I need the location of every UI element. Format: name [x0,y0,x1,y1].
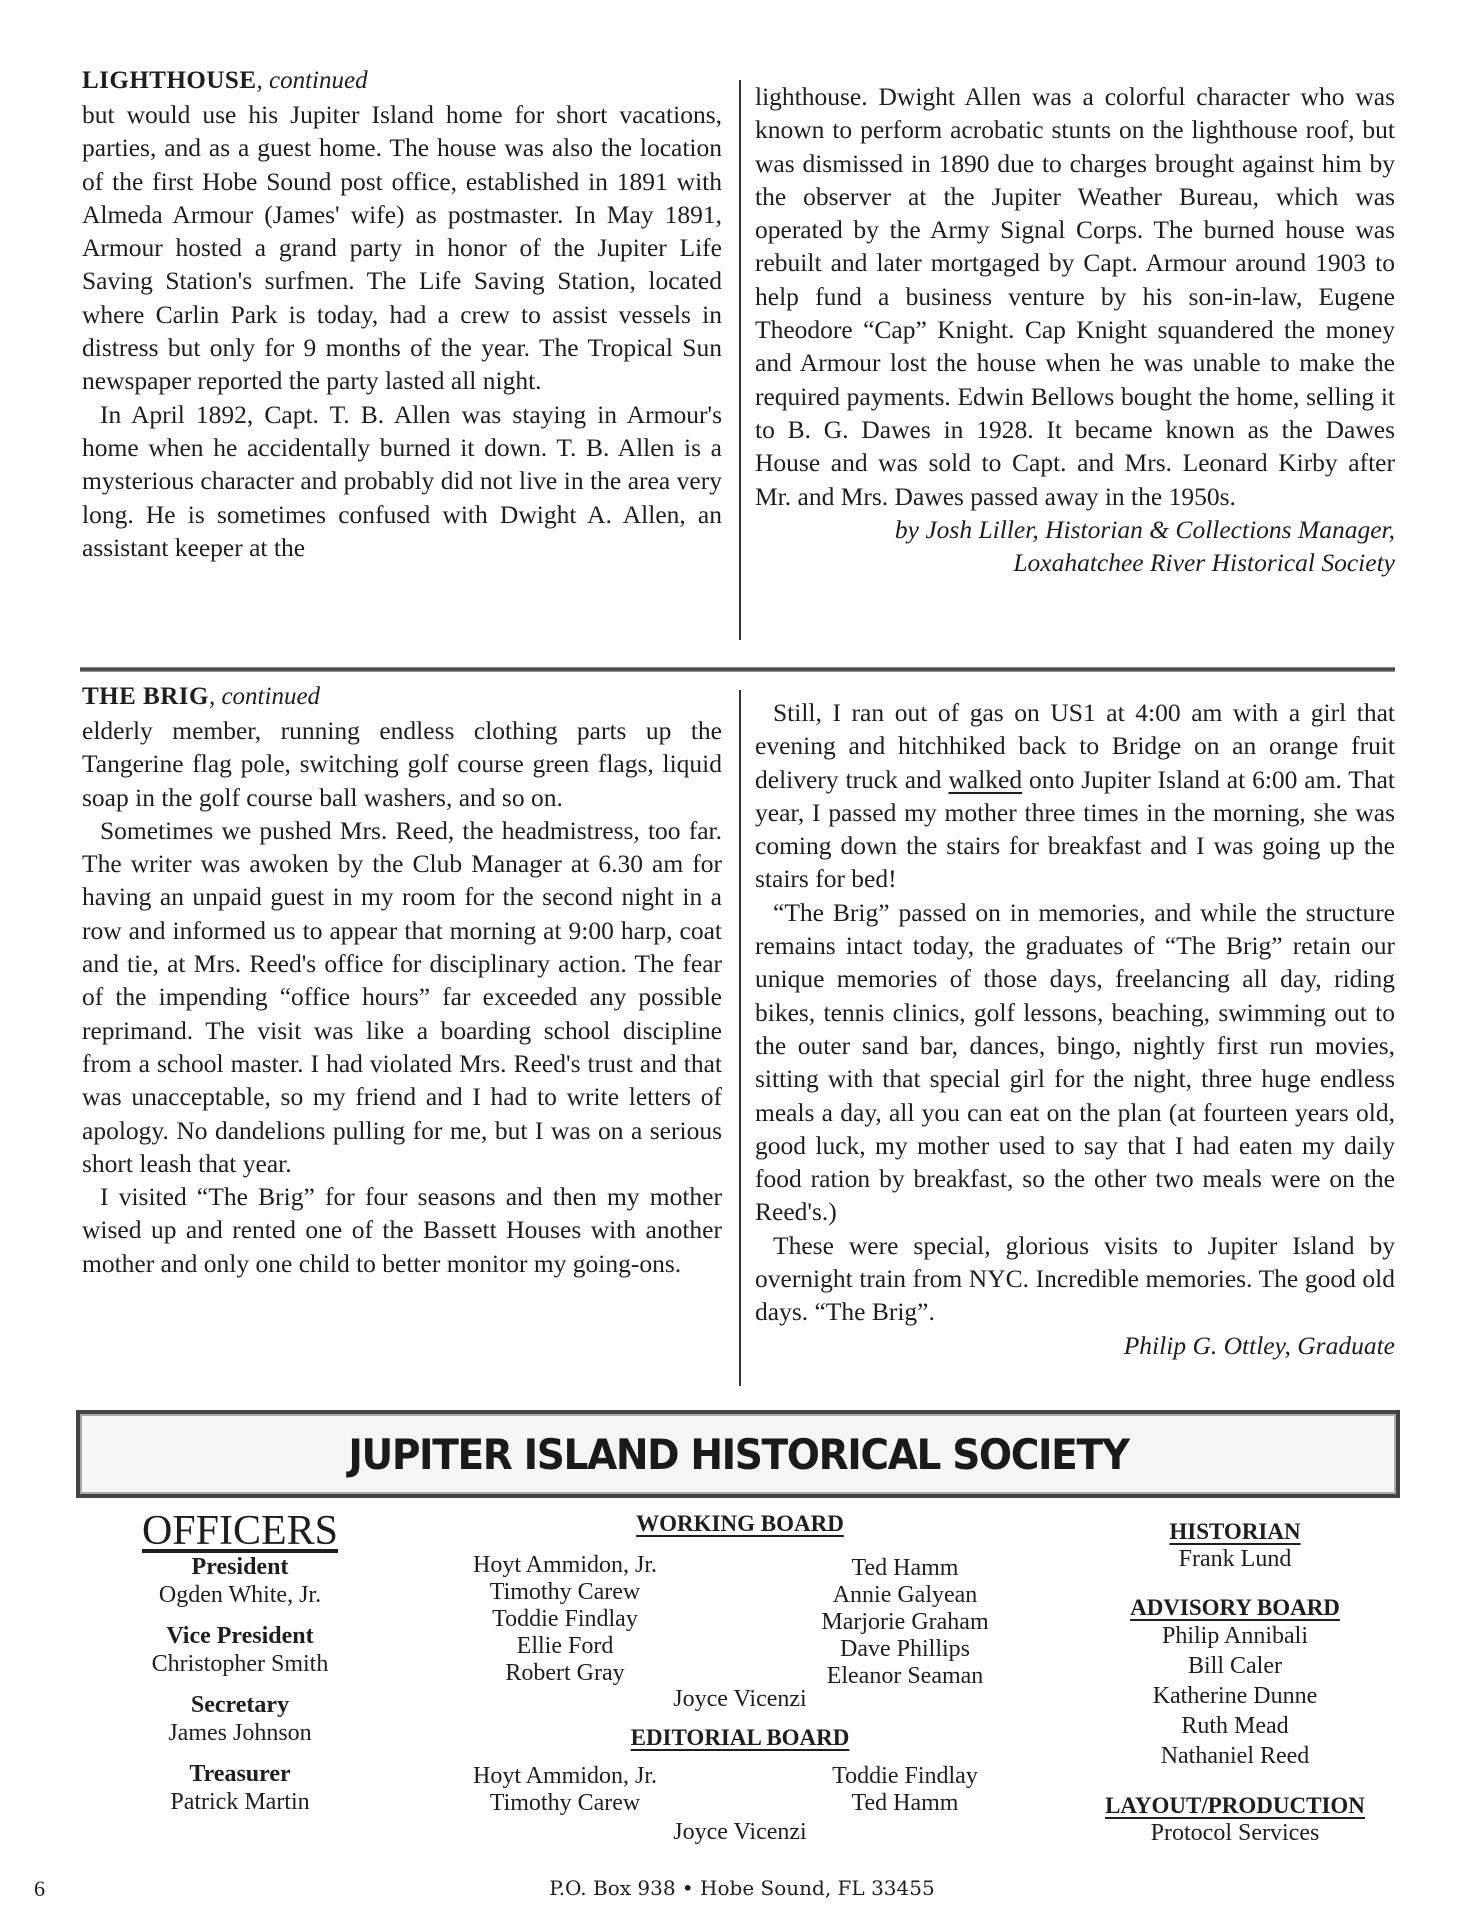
brig-paragraph: Still, I ran out of gas on US1 at 4:00 a… [755,696,1395,896]
working-board-left: Hoyt Ammidon, Jr. Timothy Carew Toddie F… [455,1552,675,1687]
brig-paragraph: These were special, glorious visits to J… [755,1229,1395,1329]
working-board-center: Joyce Vicenzi [640,1686,840,1713]
mailing-address: P.O. Box 938 • Hobe Sound, FL 33455 [0,1876,1484,1900]
brig-paragraph: “The Brig” passed on in memories, and wh… [755,896,1395,1229]
working-board-title: WORKING BOARD [560,1510,920,1538]
column-divider [739,690,741,1386]
brig-paragraph: Sometimes we pushed Mrs. Reed, the headm… [82,814,722,1180]
lighthouse-paragraph: In April 1892, Capt. T. B. Allen was sta… [82,398,722,564]
editorial-board-right: Toddie Findlay Ted Hamm [795,1763,1015,1817]
column-divider [739,80,741,640]
officer-entry: Vice President Christopher Smith [120,1623,360,1678]
editorial-board-center: Joyce Vicenzi [640,1819,840,1846]
brig-heading: THE BRIG, continued [82,682,722,712]
lighthouse-right-column: lighthouse. Dwight Allen was a colorful … [755,80,1395,579]
lighthouse-byline-org: Loxahatchee River Historical Society [755,546,1395,579]
brig-byline: Philip G. Ottley, Graduate [755,1329,1395,1362]
working-board-right: Ted Hamm Annie Galyean Marjorie Graham D… [785,1555,1025,1690]
officers-block: OFFICERS President Ogden White, Jr. Vice… [120,1508,360,1830]
lighthouse-paragraph: lighthouse. Dwight Allen was a colorful … [755,80,1395,513]
brig-paragraph: elderly member, running endless clothing… [82,714,722,814]
editorial-board-left: Hoyt Ammidon, Jr. Timothy Carew [455,1763,675,1817]
section-divider [80,667,1395,672]
brig-paragraph: I visited “The Brig” for four seasons an… [82,1180,722,1280]
society-title: JUPITER ISLAND HISTORICAL SOCIETY [348,1430,1128,1479]
underlined-word: walked [948,765,1022,794]
lighthouse-left-column: LIGHTHOUSE, continued but would use his … [82,66,722,564]
officer-entry: President Ogden White, Jr. [120,1554,360,1609]
officers-title: OFFICERS [120,1508,360,1554]
lighthouse-byline-author: by Josh Liller, Historian & Collections … [755,513,1395,546]
advisory-board-block: ADVISORY BOARD Philip Annibali Bill Cale… [1080,1594,1390,1771]
brig-right-column: Still, I ran out of gas on US1 at 4:00 a… [755,696,1395,1362]
brig-left-column: THE BRIG, continued elderly member, runn… [82,682,722,1280]
editorial-board-title: EDITORIAL BOARD [560,1724,920,1752]
historian-block: HISTORIAN Frank Lund [1100,1518,1370,1573]
officer-entry: Secretary James Johnson [120,1692,360,1747]
officer-entry: Treasurer Patrick Martin [120,1761,360,1816]
society-banner: JUPITER ISLAND HISTORICAL SOCIETY [76,1410,1400,1498]
layout-production-block: LAYOUT/PRODUCTION Protocol Services [1070,1792,1400,1847]
lighthouse-heading: LIGHTHOUSE, continued [82,66,722,96]
lighthouse-paragraph: but would use his Jupiter Island home fo… [82,98,722,398]
